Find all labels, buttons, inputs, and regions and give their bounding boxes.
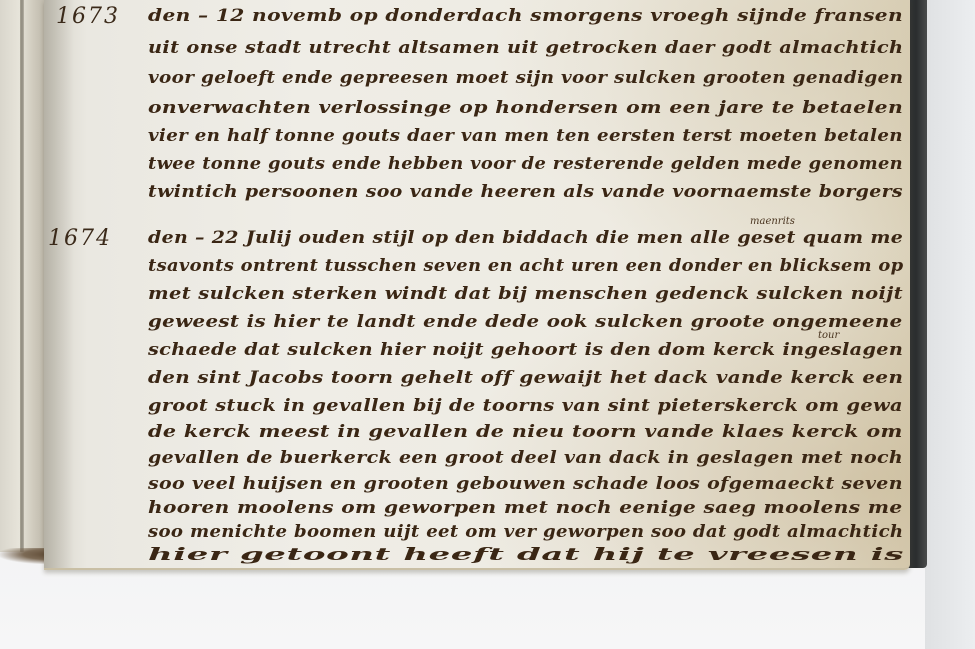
entry-1674-line-7: groot stuck in gevallen bij de toorns va… <box>148 396 903 415</box>
entry-1674-line-1: den – 22 Julij ouden stijl op den biddac… <box>148 228 903 247</box>
entry-1673-line-4: onverwachten verlossinge op hondersen om… <box>148 98 903 117</box>
entry-1673-line-1: den – 12 novemb op donderdach smorgens v… <box>148 6 903 25</box>
entry-1674-line-2: tsavonts ontrent tusschen seven en acht … <box>148 256 903 275</box>
entry-1674-line-13: hier getoont heeft dat hij te vreesen is <box>148 545 904 564</box>
entry-1674-line-10: soo veel huijsen en grooten gebouwen sch… <box>148 474 903 493</box>
entry-1674-line-4: geweest is hier te landt ende dede ook s… <box>148 312 903 331</box>
entry-1674-line-6: den sint Jacobs toorn gehelt off gewaijt… <box>148 368 903 387</box>
left-page-edge <box>0 0 48 552</box>
entry-1674-line-11: hooren moolens om geworpen met noch eeni… <box>148 498 903 517</box>
entry-1674-line-9: gevallen de buerkerck een groot deel van… <box>148 448 903 467</box>
year-marker-1673: 1673 <box>56 4 120 29</box>
book-gutter <box>20 0 24 552</box>
entry-1673-line-7: twintich persoonen soo vande heeren als … <box>148 182 903 201</box>
page-gutter-shadow <box>44 0 74 568</box>
backdrop <box>925 0 975 649</box>
entry-1674-line-3: met sulcken sterken windt dat bij mensch… <box>148 284 903 303</box>
entry-1674-line-8: de kerck meest in gevallen de nieu toorn… <box>148 422 903 441</box>
entry-1674-line-5: schaede dat sulcken hier noijt gehoort i… <box>148 340 903 359</box>
entry-1673-line-2: uit onse stadt utrecht altsamen uit getr… <box>148 38 903 57</box>
entry-1673-line-3: voor geloeft ende gepreesen moet sijn vo… <box>148 68 903 87</box>
entry-1674-line-12: soo menichte boomen uijt eet om ver gewo… <box>148 522 903 541</box>
entry-1673-line-5: vier en half tonne gouts daer van men te… <box>148 126 903 145</box>
year-marker-1674: 1674 <box>48 226 112 251</box>
interlinear-note-1: maenrits <box>750 216 795 227</box>
entry-1673-line-6: twee tonne gouts ende hebben voor de res… <box>148 154 903 173</box>
